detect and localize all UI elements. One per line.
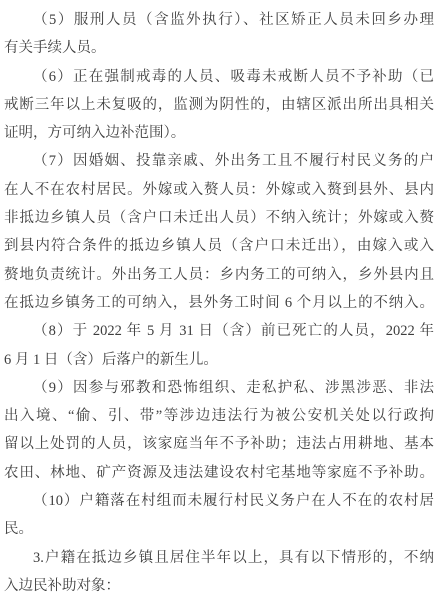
text-line-5: 证明，方可纳入边补范围）。: [4, 119, 434, 147]
text-line-15: 出入境、“偷、引、带”等涉边违法行为被公安机关处以行政拘: [4, 402, 434, 430]
document-page: （5）服刑人员（含监外执行）、社区矫正人员未回乡办理 有关手续人员。 （6）正在…: [0, 0, 439, 600]
text-line-7: 在人不在农村居民。外嫁或入赘人员：外嫁或入赘到县外、县内: [4, 176, 434, 204]
text-line-14: （9）因参与邪教和恐怖组织、走私护私、涉黑涉恶、非法: [4, 374, 434, 402]
text-line-4: 戒断三年以上未复吸的，监测为阴性的，由辖区派出所出具相关: [4, 91, 434, 119]
text-line-19: 民。: [4, 515, 434, 543]
text-line-9: 到县内符合条件的抵边乡镇人员（含户口未迁出），由嫁入或入: [4, 232, 434, 260]
text-line-20: 3.户籍在抵边乡镇且居住半年以上，具有以下情形的，不纳: [4, 544, 434, 572]
text-line-8: 非抵边乡镇人员（含户口未迁出人员）不纳入统计；外嫁或入赘: [4, 204, 434, 232]
text-line-17: 农田、林地、矿产资源及违法建设农村宅基地等家庭不予补助。: [4, 459, 434, 487]
text-line-11: 在抵边乡镇务工的可纳入，县外务工时间 6 个月以上的不纳入。: [4, 289, 434, 317]
text-line-2: 有关手续人员。: [4, 34, 434, 62]
text-line-6: （7）因婚姻、投靠亲戚、外出务工且不履行村民义务的户: [4, 147, 434, 175]
text-line-18: （10）户籍落在村组而未履行村民义务户在人不在的农村居: [4, 487, 434, 515]
text-line-21: 入边民补助对象：: [4, 572, 434, 600]
text-line-16: 留以上处罚的人员，该家庭当年不予补助；违法占用耕地、基本: [4, 430, 434, 458]
text-line-10: 赘地负责统计。外出务工人员：乡内务工的可纳入，乡外县内且: [4, 261, 434, 289]
text-line-12: （8）于 2022 年 5 月 31 日（含）前已死亡的人员，2022 年: [4, 317, 434, 345]
text-line-3: （6）正在强制戒毒的人员、吸毒未戒断人员不予补助（已: [4, 63, 434, 91]
text-line-13: 6 月 1 日（含）后落户的新生儿。: [4, 346, 434, 374]
text-line-1: （5）服刑人员（含监外执行）、社区矫正人员未回乡办理: [4, 6, 434, 34]
